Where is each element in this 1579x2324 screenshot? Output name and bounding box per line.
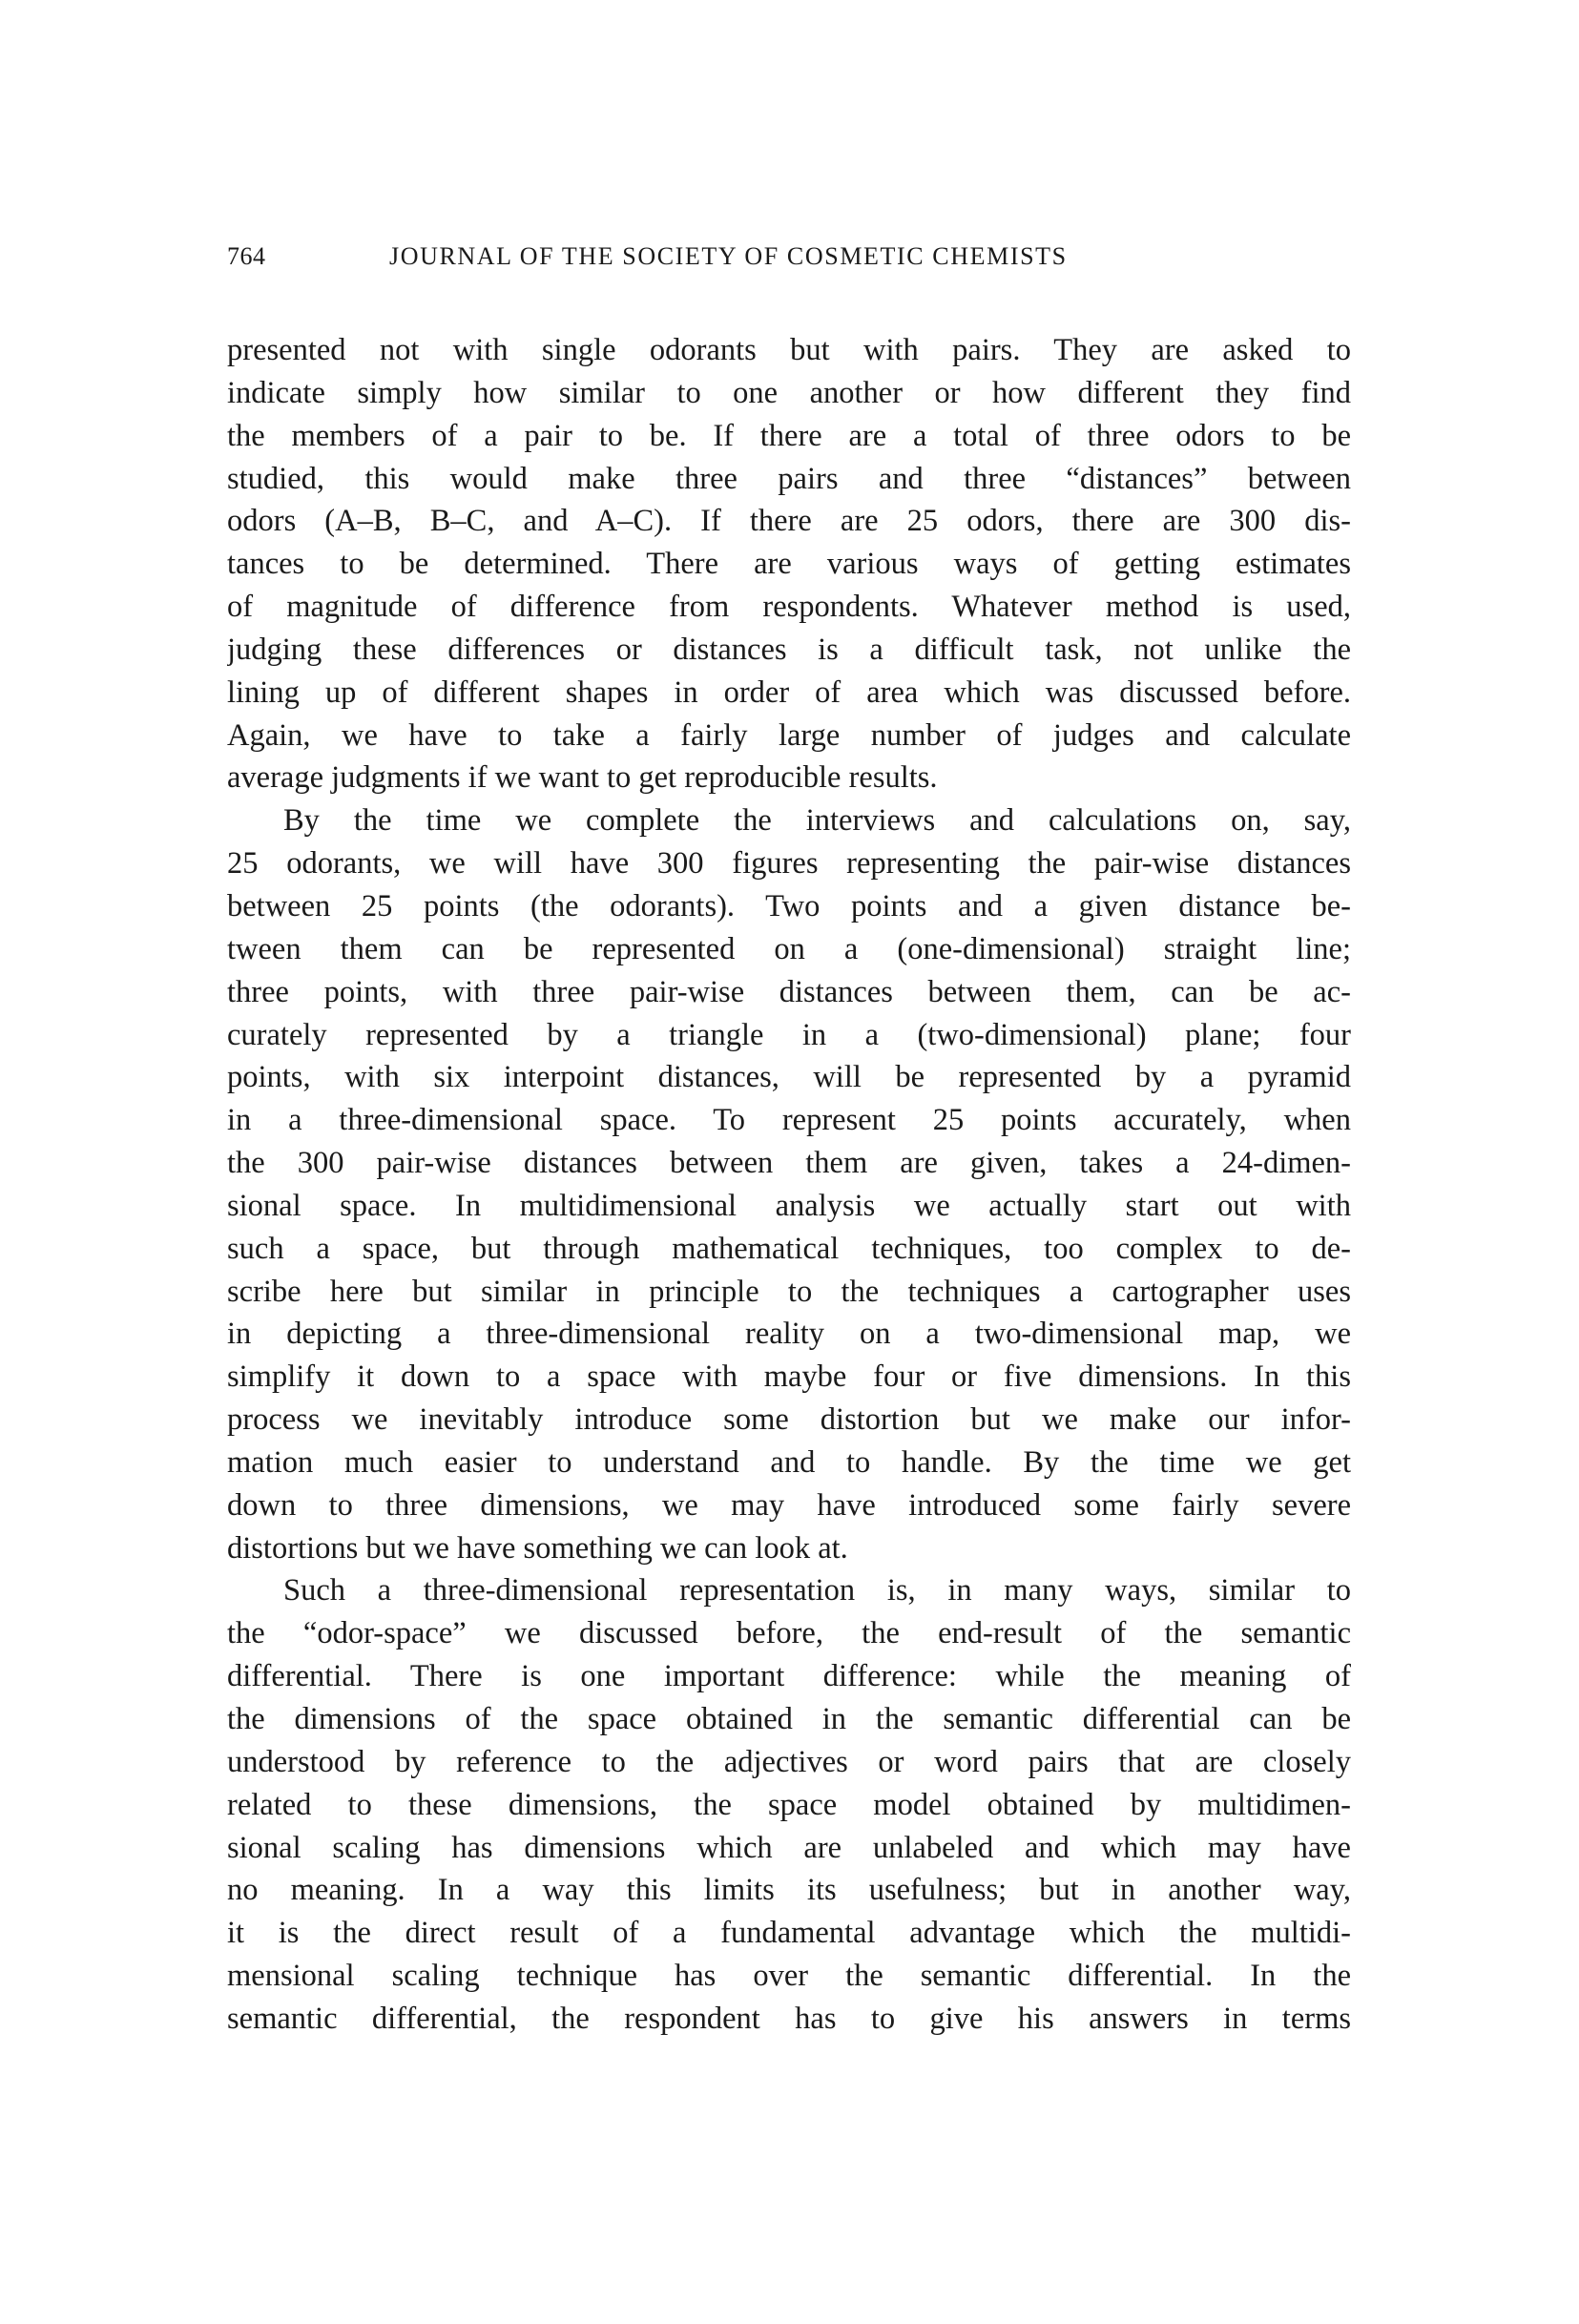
text-line: the 300 pair-wise distances between them…: [227, 1142, 1351, 1185]
text-line: simplify it down to a space with maybe f…: [227, 1356, 1351, 1399]
text-line: Such a three-dimensional representation …: [227, 1569, 1351, 1612]
paragraph-3: Such a three-dimensional representation …: [227, 1569, 1351, 2040]
text-line: it is the direct result of a fundamental…: [227, 1912, 1351, 1955]
text-line: sional scaling has dimensions which are …: [227, 1827, 1351, 1870]
text-line: scribe here but similar in principle to …: [227, 1271, 1351, 1314]
text-line: curately represented by a triangle in a …: [227, 1014, 1351, 1057]
text-line: tances to be determined. There are vario…: [227, 543, 1351, 586]
text-line: no meaning. In a way this limits its use…: [227, 1869, 1351, 1912]
journal-page: 764 JOURNAL OF THE SOCIETY OF COSMETIC C…: [0, 0, 1579, 2324]
text-line: Again, we have to take a fairly large nu…: [227, 715, 1351, 757]
text-line: judging these differences or distances i…: [227, 629, 1351, 672]
page-number: 764: [227, 240, 266, 273]
body-text: presented not with single odorants but w…: [227, 329, 1351, 2041]
text-line: odors (A–B, B–C, and A–C). If there are …: [227, 500, 1351, 543]
text-line: the dimensions of the space obtained in …: [227, 1698, 1351, 1741]
paragraph-2: By the time we complete the interviews a…: [227, 799, 1351, 1569]
text-line: process we inevitably introduce some dis…: [227, 1399, 1351, 1442]
text-line: mation much easier to understand and to …: [227, 1442, 1351, 1484]
text-line: tween them can be represented on a (one-…: [227, 928, 1351, 971]
running-head: 764 JOURNAL OF THE SOCIETY OF COSMETIC C…: [227, 240, 1351, 273]
text-line: lining up of different shapes in order o…: [227, 672, 1351, 715]
text-line: differential. There is one important dif…: [227, 1655, 1351, 1698]
text-line: understood by reference to the adjective…: [227, 1741, 1351, 1784]
text-line: the “odor-space” we discussed before, th…: [227, 1612, 1351, 1655]
text-line: mensional scaling technique has over the…: [227, 1955, 1351, 1998]
text-line: of magnitude of difference from responde…: [227, 586, 1351, 629]
text-line: presented not with single odorants but w…: [227, 329, 1351, 372]
text-line: such a space, but through mathematical t…: [227, 1228, 1351, 1271]
text-line: in a three-dimensional space. To represe…: [227, 1099, 1351, 1142]
text-line: points, with six interpoint distances, w…: [227, 1056, 1351, 1099]
text-line: studied, this would make three pairs and…: [227, 458, 1351, 501]
text-line: sional space. In multidimensional analys…: [227, 1185, 1351, 1228]
text-line: distortions but we have something we can…: [227, 1527, 1351, 1570]
text-line: 25 odorants, we will have 300 figures re…: [227, 842, 1351, 885]
text-line: By the time we complete the interviews a…: [227, 799, 1351, 842]
text-line: three points, with three pair-wise dista…: [227, 971, 1351, 1014]
text-line: down to three dimensions, we may have in…: [227, 1484, 1351, 1527]
text-line: semantic differential, the respondent ha…: [227, 1998, 1351, 2041]
text-line: the members of a pair to be. If there ar…: [227, 415, 1351, 458]
text-line: indicate simply how similar to one anoth…: [227, 372, 1351, 415]
text-line: average judgments if we want to get repr…: [227, 757, 1351, 799]
text-line: between 25 points (the odorants). Two po…: [227, 885, 1351, 928]
paragraph-1: presented not with single odorants but w…: [227, 329, 1351, 799]
journal-title: JOURNAL OF THE SOCIETY OF COSMETIC CHEMI…: [389, 240, 1194, 273]
text-line: related to these dimensions, the space m…: [227, 1784, 1351, 1827]
text-line: in depicting a three-dimensional reality…: [227, 1313, 1351, 1356]
